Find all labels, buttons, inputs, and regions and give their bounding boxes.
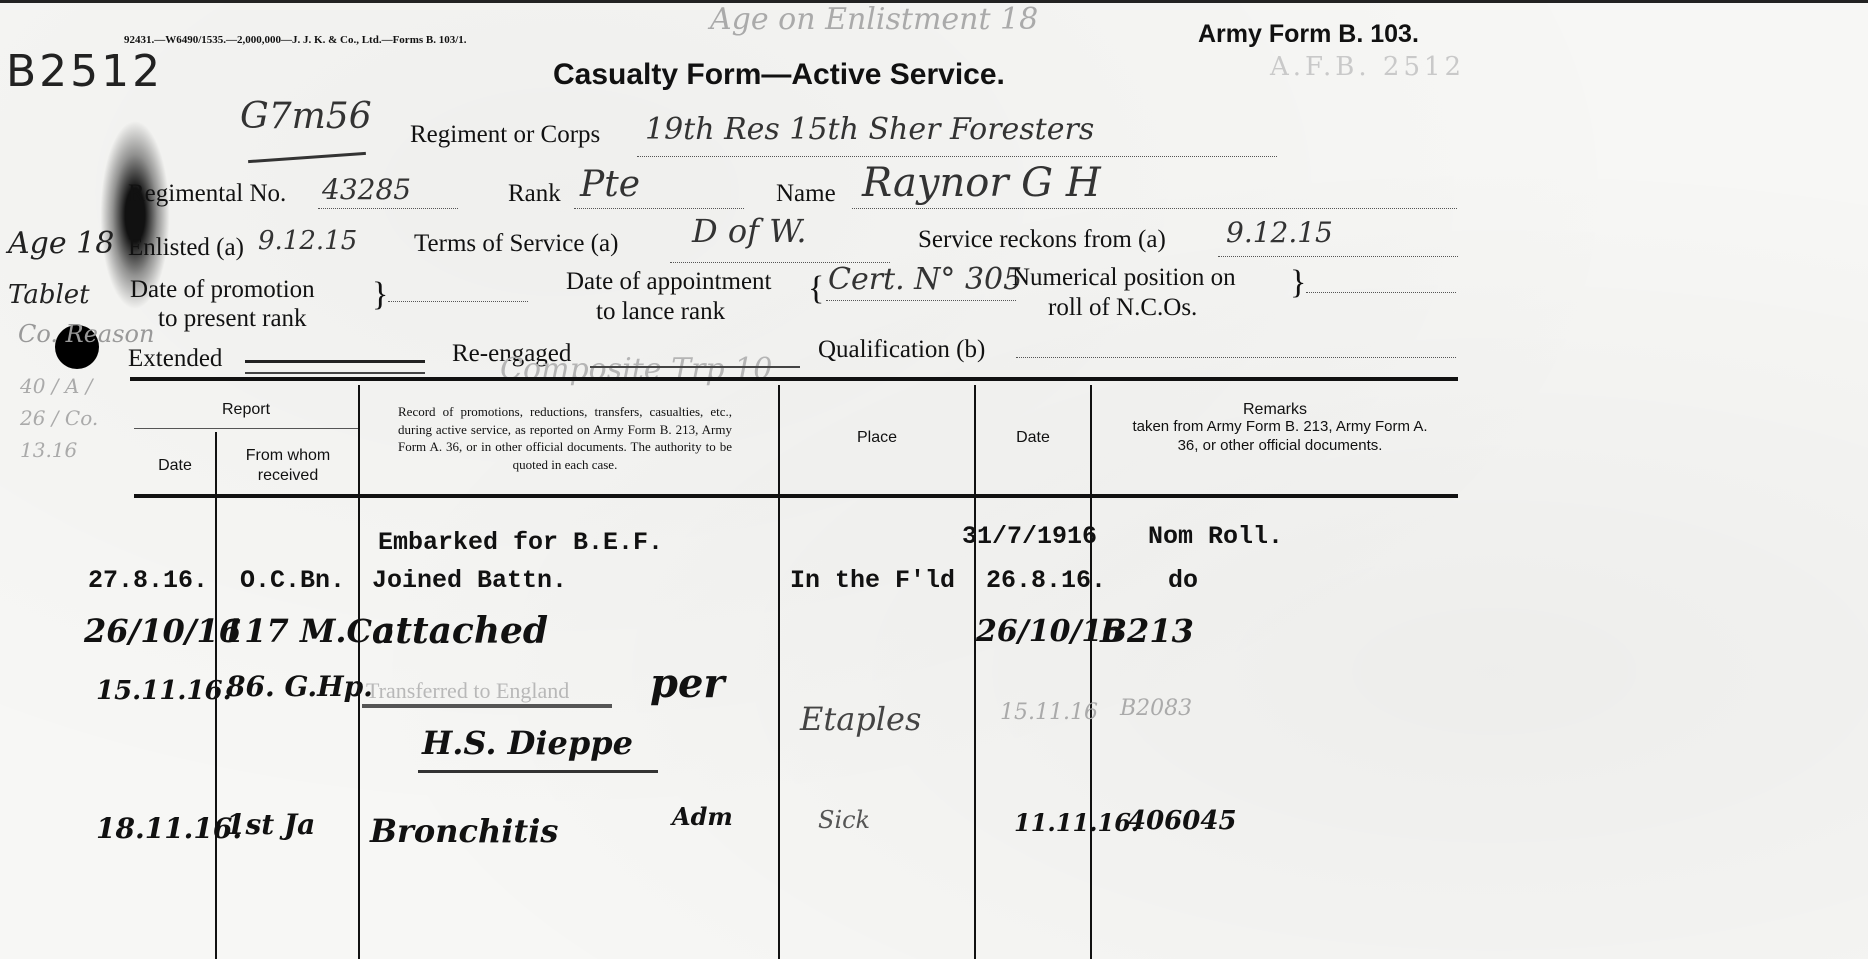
nco-label-1: Numerical position on (1012, 264, 1236, 292)
rank-value: Pte (580, 164, 640, 205)
rank-label: Rank (508, 180, 561, 208)
row-3-remarks: B2083 (1120, 696, 1192, 721)
row-0-remarks: Nom Roll. (1148, 522, 1283, 551)
header-report: Report (134, 400, 358, 420)
lance-line (826, 300, 1016, 301)
row-1-place: In the F'ld (790, 566, 955, 595)
row-2-from: 117 M.Co (222, 612, 393, 650)
reengaged-line (590, 366, 800, 368)
regiment-value: 19th Res 15th Sher Foresters (645, 112, 1094, 147)
promotion-brace: } (372, 278, 388, 312)
row-1-remarks: do (1168, 566, 1198, 595)
col-divider-record (778, 385, 780, 959)
header-record: Record of promotions, reductions, transf… (398, 403, 732, 473)
row-2-remarks: B213 (1100, 612, 1194, 650)
row-1-date2: 26.8.16. (986, 566, 1106, 595)
row-3-place: Etaples (800, 700, 921, 738)
row-0-date2: 31/7/1916 (962, 522, 1097, 551)
printer-line: 92431.—W6490/1535.—2,000,000—J. J. K. & … (124, 34, 467, 46)
lance-value: Cert. N° 305 (828, 262, 1022, 297)
row-2-date: 26/10/16 (84, 612, 241, 650)
table-top-rule (130, 377, 1458, 381)
file-reference: B2512 (6, 46, 163, 97)
name-line (852, 208, 1457, 209)
row-5-record-note: Adm (672, 802, 733, 831)
margin-note-reason: Co. Reason (18, 320, 154, 348)
stamp-reference: A.F.B. 2512 (1270, 52, 1465, 82)
reengaged-value: Composite Trp 10 (500, 352, 772, 387)
report-subrule (134, 428, 358, 429)
row-1-date: 27.8.16. (88, 566, 208, 595)
enlisted-label: Enlisted (a) (128, 234, 244, 262)
row-3-date2: 15.11.16 (1000, 700, 1098, 725)
col-divider-place (974, 385, 976, 959)
annotation-underline (248, 152, 366, 163)
service-reckons-label: Service reckons from (a) (918, 226, 1166, 254)
header-date: Date (140, 456, 210, 476)
promotion-label-1: Date of promotion (130, 276, 315, 304)
margin-note-extra: 40 / A / 26 / Co. 13.16 (20, 370, 110, 466)
row-5-from: 1st Ja (226, 808, 315, 841)
row-1-record: Joined Battn. (372, 566, 567, 595)
casualty-form-document: 92431.—W6490/1535.—2,000,000—J. J. K. & … (0, 0, 1868, 959)
row-3-date: 15.11.16. (96, 676, 232, 706)
regimental-no-line (318, 208, 458, 209)
enlisted-value: 9.12.15 (258, 226, 357, 256)
rank-line (574, 208, 744, 209)
regiment-line (637, 156, 1277, 157)
row-5-date: 18.11.16. (96, 812, 242, 845)
form-title: Casualty Form—Active Service. (553, 58, 1005, 92)
row-0-record: Embarked for B.E.F. (378, 528, 663, 557)
header-place: Place (780, 428, 974, 448)
nco-label-2: roll of N.C.Os. (1048, 294, 1197, 322)
row-1-from: O.C.Bn. (240, 566, 345, 595)
row-4-record: H.S. Dieppe (422, 724, 633, 762)
name-label: Name (776, 180, 836, 208)
nco-line (1306, 292, 1456, 293)
promotion-label-2: to present rank (158, 305, 307, 333)
col-divider-date2 (1090, 385, 1092, 959)
name-value: Raynor G H (862, 160, 1101, 206)
header-from-whom: From whom received (224, 446, 352, 486)
row-5-record: Bronchitis (370, 812, 558, 850)
row-3-from: 86. G.Hp. (226, 670, 373, 703)
regiment-label: Regiment or Corps (410, 121, 600, 149)
form-number: Army Form B. 103. (1198, 20, 1419, 49)
terms-value: D of W. (692, 212, 807, 250)
row-4-underline (418, 770, 658, 773)
row-3-record: Transferred to England (366, 678, 569, 704)
extended-strikethrough (245, 360, 425, 363)
regimental-no-label: Regimental No. (128, 180, 286, 208)
service-reckons-value: 9.12.15 (1226, 216, 1333, 249)
row-5-date2: 11.11.16. (1014, 808, 1139, 837)
service-reckons-line (1218, 256, 1458, 257)
margin-note-age: Age 18 (8, 226, 114, 261)
nco-brace: } (1290, 266, 1306, 300)
header-date-2: Date (976, 428, 1090, 448)
margin-note-tablet: Tablet (8, 280, 90, 310)
promotion-line (388, 301, 528, 302)
qualification-line (1016, 357, 1456, 358)
qualification-label: Qualification (b) (818, 336, 985, 364)
extended-label: Extended (128, 345, 222, 373)
header-remarks-detail: taken from Army Form B. 213, Army Form A… (1130, 418, 1430, 456)
annotation-code: G7m56 (240, 96, 372, 137)
lance-label-2: to lance rank (596, 298, 725, 326)
regimental-no-value: 43285 (322, 173, 411, 206)
table-header-rule (134, 494, 1458, 498)
row-5-remarks: 406045 (1128, 806, 1237, 836)
terms-label: Terms of Service (a) (414, 230, 618, 258)
extended-strikethrough-2 (245, 372, 425, 374)
row-2-record: attached (372, 610, 548, 652)
lance-label-1: Date of appointment (566, 268, 772, 296)
header-remarks: Remarks (1092, 400, 1458, 420)
lance-brace: { (808, 272, 824, 306)
age-on-enlistment-note: Age on Enlistment 18 (710, 2, 1038, 37)
row-3-record-note: per (650, 660, 725, 707)
row-5-place: Sick (818, 806, 870, 834)
row-3-strikethrough (362, 704, 612, 708)
